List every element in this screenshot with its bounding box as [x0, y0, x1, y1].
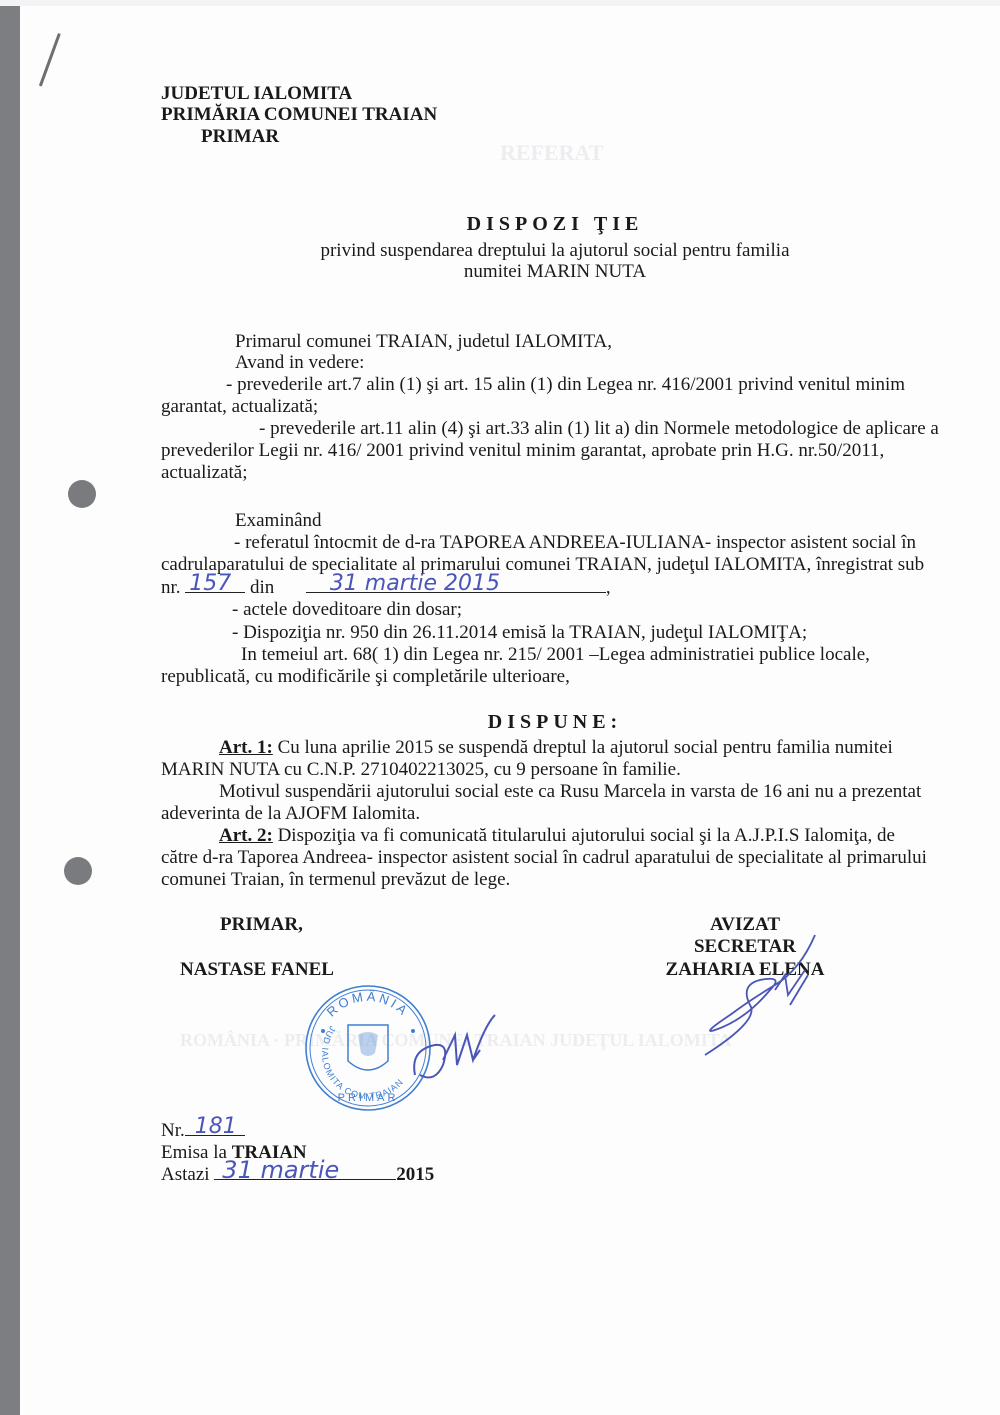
- mayor-title: PRIMAR,: [220, 914, 303, 935]
- issue-year: 2015: [396, 1164, 434, 1185]
- legal-basis-cont: republicată, cu modificările şi completă…: [161, 666, 570, 687]
- report-date-field[interactable]: 31 martie 2015: [306, 592, 606, 593]
- document-title: DISPOZI ŢIE: [0, 213, 1000, 236]
- suspension-reason-cont: adeverinta de la AJOFM Ialomita.: [161, 803, 420, 824]
- svg-text:ROMÂNIA: ROMÂNIA: [324, 989, 413, 1020]
- article-2: Art. 2: Dispoziţia va fi comunicată titu…: [219, 825, 895, 846]
- date-line: Astazi 31 martie2015: [161, 1164, 434, 1185]
- issue-date-field[interactable]: 31 martie: [214, 1179, 396, 1180]
- article-2-label: Art. 2:: [219, 825, 273, 846]
- dispune-heading: DISPUNE:: [0, 711, 1000, 734]
- office-name: PRIMAR: [201, 126, 279, 147]
- bleed-through-text: REFERAT: [500, 140, 604, 166]
- report-date-handwritten: 31 martie 2015: [330, 573, 500, 594]
- county-name: JUDETUL IALOMITA: [161, 83, 352, 104]
- report-ref-cont: cadrulaparatului de specialitate al prim…: [161, 554, 924, 575]
- evidence-docs: - actele doveditoare din dosar;: [232, 599, 462, 620]
- punch-hole-top: [68, 480, 96, 508]
- issuer-line: Primarul comunei TRAIAN, judetul IALOMIT…: [235, 331, 612, 352]
- mayor-signature-icon: [405, 1005, 515, 1085]
- report-number-handwritten: 157: [189, 573, 231, 594]
- staple-mark: [39, 33, 61, 87]
- disposition-number-handwritten: 181: [195, 1116, 237, 1137]
- article-2-text: Dispoziţia va fi comunicată titularului …: [273, 825, 895, 846]
- disposition-number-line: Nr.181: [161, 1120, 245, 1141]
- article-1: Art. 1: Cu luna aprilie 2015 se suspendă…: [219, 737, 893, 758]
- scan-top-edge: [0, 0, 1000, 6]
- disposition-nr-label: Nr.: [161, 1120, 185, 1141]
- nr-label: nr.: [161, 577, 181, 598]
- issue-date-handwritten: 31 martie: [222, 1160, 339, 1181]
- town-hall-name: PRIMĂRIA COMUNEI TRAIAN: [161, 104, 437, 125]
- article-2-cont2: comunei Traian, în termenul prevăzut de …: [161, 869, 510, 890]
- article-1-cont: MARIN NUTA cu C.N.P. 2710402213025, cu 9…: [161, 759, 681, 780]
- document-subtitle-line1: privind suspendarea dreptului la ajutoru…: [0, 240, 1000, 261]
- report-number-line: nr. 157 din 31 martie 2015 ,: [161, 577, 611, 598]
- legal-ref-1-cont: garantat, actualizată;: [161, 396, 318, 417]
- disposition-number-field[interactable]: 181: [185, 1135, 245, 1136]
- secretary-signature-icon: [690, 930, 830, 1060]
- article-1-text: Cu luna aprilie 2015 se suspendă dreptul…: [273, 737, 893, 758]
- considering-label: Avand in vedere:: [235, 352, 364, 373]
- punch-hole-bottom: [64, 857, 92, 885]
- report-number-field[interactable]: 157: [185, 592, 245, 593]
- svg-text:PRIMAR: PRIMAR: [338, 1092, 399, 1104]
- legal-ref-2-cont2: actualizată;: [161, 462, 248, 483]
- legal-ref-2: - prevederile art.11 alin (4) şi art.33 …: [259, 418, 939, 439]
- document-subtitle-line2: numitei MARIN NUTA: [0, 261, 1000, 282]
- article-1-label: Art. 1:: [219, 737, 273, 758]
- suspension-reason: Motivul suspendării ajutorului social es…: [219, 781, 921, 802]
- examining-label: Examinând: [235, 510, 322, 531]
- din-label: din: [250, 577, 274, 598]
- legal-ref-2-cont: prevederilor Legii nr. 416/ 2001 privind…: [161, 440, 884, 461]
- mayor-name: NASTASE FANEL: [180, 959, 334, 980]
- issued-label: Emisa la: [161, 1142, 232, 1163]
- today-label: Astazi: [161, 1164, 210, 1185]
- report-ref: - referatul întocmit de d-ra TAPOREA AND…: [234, 532, 916, 553]
- article-2-cont: către d-ra Taporea Andreea- inspector as…: [161, 847, 927, 868]
- prior-disposition: - Dispoziţia nr. 950 din 26.11.2014 emis…: [232, 622, 807, 643]
- legal-basis: In temeiul art. 68( 1) din Legea nr. 215…: [241, 644, 870, 665]
- legal-ref-1: - prevederile art.7 alin (1) şi art. 15 …: [226, 374, 905, 395]
